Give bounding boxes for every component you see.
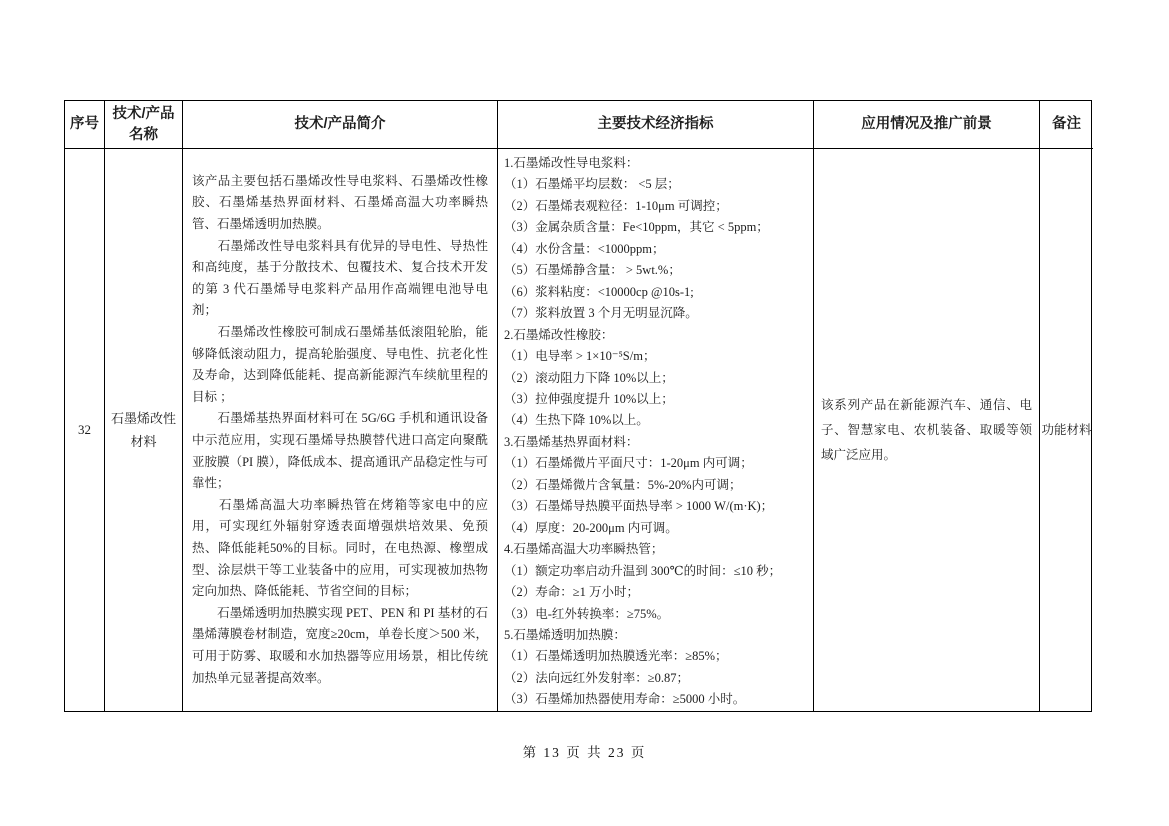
indicator-line: （6）浆料粘度：<10000cp @10s-1; <box>504 282 809 303</box>
row-name-cell: 石墨烯改性材料 <box>105 149 183 711</box>
indicator-line: （4）水份含量：<1000ppm； <box>504 239 809 260</box>
intro-paragraph: 该产品主要包括石墨烯改性导电浆料、石墨烯改性橡胶、石墨烯基热界面材料、石墨烯高温… <box>192 171 488 236</box>
indicator-line: 4.石墨烯高温大功率瞬热管； <box>504 539 809 560</box>
indicator-line: （2）寿命：≥1 万小时； <box>504 582 809 603</box>
header-remark: 备注 <box>1040 101 1093 149</box>
indicator-line: （2）法向远红外发射率：≥0.87； <box>504 668 809 689</box>
header-index: 序号 <box>65 101 105 149</box>
page-number-footer: 第 13 页 共 23 页 <box>0 741 1169 761</box>
row-indicators-cell: 1.石墨烯改性导电浆料：（1）石墨烯平均层数： <5 层；（2）石墨烯表观粒径：… <box>498 149 814 711</box>
application-text: 该系列产品在新能源汽车、通信、电子、智慧家电、农机装备、取暖等领域广泛应用。 <box>821 393 1032 468</box>
spec-table: 序号 技术/产品 名称 技术/产品简介 主要技术经济指标 应用情况及推广前景 备… <box>64 100 1092 712</box>
indicator-line: 3.石墨烯基热界面材料： <box>504 432 809 453</box>
header-application: 应用情况及推广前景 <box>814 101 1040 149</box>
intro-paragraphs: 该产品主要包括石墨烯改性导电浆料、石墨烯改性橡胶、石墨烯基热界面材料、石墨烯高温… <box>192 171 488 689</box>
intro-paragraph: 石墨烯改性导电浆料具有优异的导电性、导热性和高纯度，基于分散技术、包覆技术、复合… <box>192 236 488 322</box>
indicator-line: 5.石墨烯透明加热膜： <box>504 625 809 646</box>
indicator-line: （4）厚度：20-200μm 内可调。 <box>504 518 809 539</box>
indicator-line: （1）石墨烯透明加热膜透光率：≥85%； <box>504 646 809 667</box>
header-product-name: 技术/产品 名称 <box>105 101 183 149</box>
indicator-line: （5）石墨烯静含量： > 5wt.%； <box>504 260 809 281</box>
indicator-line: （2）石墨烯表观粒径：1-10μm 可调控； <box>504 196 809 217</box>
intro-paragraph: 石墨烯改性橡胶可制成石墨烯基低滚阻轮胎，能够降低滚动阻力，提高轮胎强度、导电性、… <box>192 322 488 408</box>
intro-paragraph: 石墨烯透明加热膜实现 PET、PEN 和 PI 基材的石墨烯薄膜卷材制造，宽度≥… <box>192 603 488 689</box>
indicator-line: （2）石墨烯微片含氧量：5%-20%内可调； <box>504 475 809 496</box>
indicator-line: （7）浆料放置 3 个月无明显沉降。 <box>504 303 809 324</box>
header-product-intro: 技术/产品简介 <box>183 101 498 149</box>
indicator-line: （3）金属杂质含量：Fe<10ppm，其它 < 5ppm； <box>504 217 809 238</box>
indicator-line: （2）滚动阻力下降 10%以上； <box>504 368 809 389</box>
header-indicators: 主要技术经济指标 <box>498 101 814 149</box>
indicator-line: （1）额定功率启动升温到 300℃的时间：≤10 秒； <box>504 561 809 582</box>
indicator-line: （3）电-红外转换率：≥75%。 <box>504 604 809 625</box>
indicator-line: （1）石墨烯平均层数： <5 层； <box>504 174 809 195</box>
intro-paragraph: 石墨烯高温大功率瞬热管在烤箱等家电中的应用，可实现红外辐射穿透表面增强烘培效果、… <box>192 495 488 603</box>
indicator-line: （1）石墨烯微片平面尺寸：1-20μm 内可调； <box>504 453 809 474</box>
intro-paragraph: 石墨烯基热界面材料可在 5G/6G 手机和通讯设备中示范应用，实现石墨烯导热膜替… <box>192 408 488 494</box>
row-index-cell: 32 <box>65 149 105 711</box>
indicator-line: （3）石墨烯导热膜平面热导率 > 1000 W/(m·K)； <box>504 496 809 517</box>
indicator-line: （1）电导率 > 1×10⁻⁵S/m； <box>504 346 809 367</box>
indicator-line: 1.石墨烯改性导电浆料： <box>504 153 809 174</box>
row-application-cell: 该系列产品在新能源汽车、通信、电子、智慧家电、农机装备、取暖等领域广泛应用。 <box>814 149 1040 711</box>
row-remark-cell: 功能材料 <box>1040 149 1093 711</box>
indicator-line: 2.石墨烯改性橡胶： <box>504 325 809 346</box>
indicator-line: （3）石墨烯加热器使用寿命：≥5000 小时。 <box>504 689 809 710</box>
document-page: { "page": { "footer": "第 13 页 共 23 页" },… <box>0 0 1169 826</box>
indicator-line: （4）生热下降 10%以上。 <box>504 410 809 431</box>
row-intro-cell: 该产品主要包括石墨烯改性导电浆料、石墨烯改性橡胶、石墨烯基热界面材料、石墨烯高温… <box>183 149 498 711</box>
indicator-line: （3）拉伸强度提升 10%以上； <box>504 389 809 410</box>
